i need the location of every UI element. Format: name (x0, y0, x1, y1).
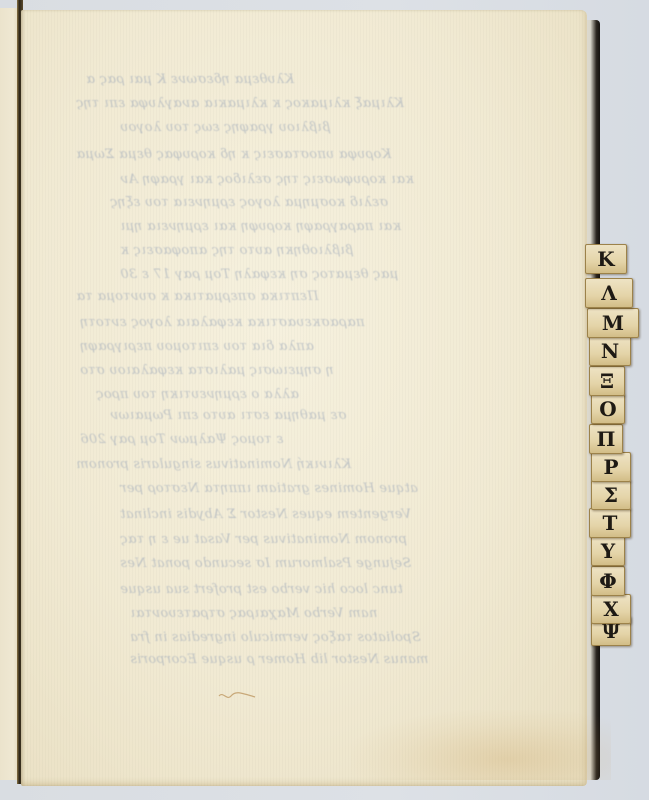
index-tab-Ν[interactable]: Ν (589, 336, 631, 366)
scanned-spread: Κλυθεμα ηδεσωνε Κ μαι ρας αΚλιμαξ κλιμακ… (0, 0, 649, 800)
index-tab-Υ[interactable]: Υ (591, 536, 625, 566)
show-through-line: Κλιμαξ κλιμακος κ κλιμακια αναγλυφα επι … (76, 96, 404, 111)
show-through-line: αλλα ο ερμηνευτικη του προς (96, 387, 299, 402)
index-tab-Ρ[interactable]: Ρ (591, 452, 631, 482)
index-tab-Κ[interactable]: Κ (585, 244, 627, 274)
index-tab-Ξ[interactable]: Ξ (589, 366, 625, 396)
show-through-line: και παραγραφη κορυφη και ερμηνεια ημι (120, 219, 401, 234)
right-page: Κλυθεμα ηδεσωνε Κ μαι ρας αΚλιμαξ κλιμακ… (21, 10, 587, 786)
show-through-line: η σημειωσις μαλιστα κεφαλαιου στο (80, 363, 334, 378)
show-through-line: βιβλιοθηκη αυτο της αποφασεις κ (120, 243, 353, 258)
show-through-line: παρασκευαστικα κεφαλαια λογος εντοτη (80, 315, 365, 330)
show-through-line: σε μαθημα εστι αυτο επι Ρωμαιων (110, 408, 347, 423)
show-through-line: Κορυφα υποστασεις κ ηδ κορυφας θεμα Σωμα (76, 147, 391, 162)
index-tab-Μ[interactable]: Μ (587, 308, 639, 338)
show-through-line: manus Nestor lib Homer ρ usque Ecorporis (130, 652, 428, 667)
show-through-line: pronom Nominativus per Vasat ue ε η τας (120, 532, 407, 547)
show-through-line: απλα δια του επιτομου περιγραφη (80, 339, 314, 354)
show-through-line: Vergentem eques Nestor Σ Abydis inclinat (120, 507, 411, 522)
show-through-handwriting: Κλυθεμα ηδεσωνε Κ μαι ρας αΚλιμαξ κλιμακ… (21, 10, 587, 786)
show-through-line: βιβλιου γραφης εως του λογου (120, 120, 330, 135)
pen-flourish (217, 690, 257, 702)
show-through-line: μας θεματος ση κεφαλη Τομ ραγ 17 ε 30 (120, 267, 398, 282)
index-tab-Ο[interactable]: Ο (591, 394, 625, 424)
show-through-line: Spoliatos ταξος vermiculo ingredias in f… (130, 630, 421, 645)
show-through-line: και κορυφωσεις της σελιδος και γραφη Αν (120, 172, 414, 187)
show-through-line: atque Homines gratiam ιππητα Νεστορ per (120, 481, 418, 496)
index-tab-Π[interactable]: Π (589, 424, 623, 454)
show-through-line: Κλυθεμα ηδεσωνε Κ μαι ρας α (86, 72, 294, 87)
show-through-line: Sejunge Psalmorum Iσ secundo ponat Nes (120, 556, 411, 571)
show-through-line: ε τομος Ψαλμων Τομ ραγ 206 (80, 432, 283, 447)
thumb-index-tabs: ΚΛΜΝΞΟΠΡΣΤΥΦΧΨ (585, 244, 649, 644)
index-tab-Τ[interactable]: Τ (589, 508, 631, 538)
show-through-line: σελιδ κοσμημα λογος ερμηνεια του εξης (110, 195, 388, 210)
show-through-line: tunc loco hic verbo est profert sua usqu… (120, 582, 403, 597)
index-tab-Φ[interactable]: Φ (591, 566, 625, 596)
index-tab-Χ[interactable]: Χ (591, 594, 631, 624)
show-through-line: nam Verbo Μαχαιρας στρατευονται (130, 606, 377, 621)
index-tab-Σ[interactable]: Σ (591, 480, 631, 510)
index-tab-Λ[interactable]: Λ (585, 278, 633, 308)
show-through-line: Κλινική Nominativus singularis pronom (76, 457, 351, 472)
show-through-line: Πεπτικα σπερματικα κ συντομα τα (76, 289, 319, 304)
